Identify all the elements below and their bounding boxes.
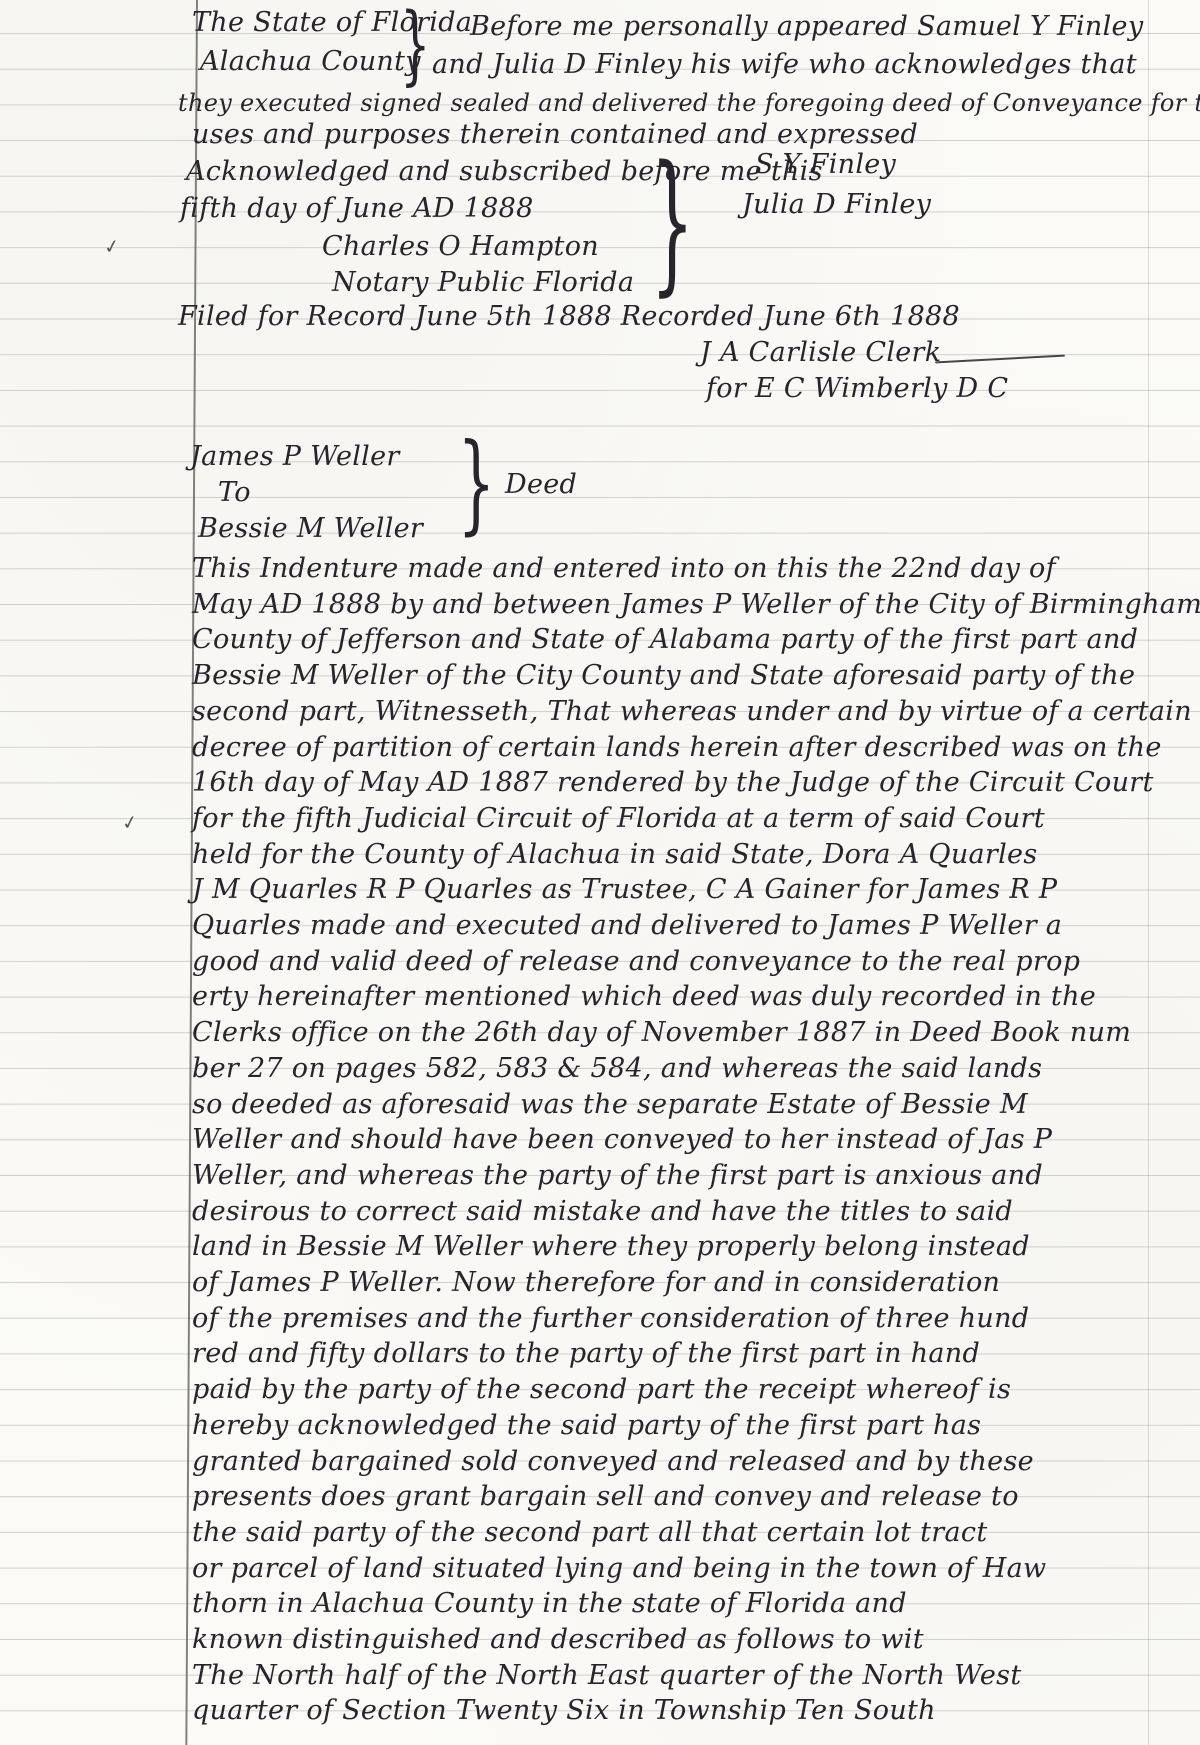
scanned-deed-page: The State of Florida Before me personall…: [0, 0, 1200, 1745]
deed-body-line: The North half of the North East quarter…: [192, 1659, 1021, 1693]
deed-body-line: presents does grant bargain sell and con…: [192, 1480, 1019, 1514]
deed-body-line: the said party of the second part all th…: [192, 1516, 987, 1550]
ack-jurisdiction-state: The State of Florida: [192, 6, 472, 40]
deed-body-line: granted bargained sold conveyed and rele…: [192, 1445, 1034, 1479]
deed-body-line: County of Jefferson and State of Alabama…: [192, 623, 1138, 657]
ack-jurisdiction-county: Alachua County: [200, 45, 421, 79]
caption-grantee: Bessie M Weller: [198, 512, 423, 546]
deed-body-line: 16th day of May AD 1887 rendered by the …: [192, 766, 1154, 800]
deed-body-line: held for the County of Alachua in said S…: [192, 838, 1038, 872]
deed-body-line: so deeded as aforesaid was the separate …: [192, 1088, 1028, 1122]
deed-body-line: Clerks office on the 26th day of Novembe…: [192, 1016, 1131, 1050]
right-page-edge: [1148, 0, 1149, 1745]
deed-body-line: This Indenture made and entered into on …: [192, 552, 1056, 586]
deed-body-line: erty hereinafter mentioned which deed wa…: [192, 980, 1096, 1014]
deed-body-line: Bessie M Weller of the City County and S…: [192, 659, 1135, 693]
ack-subscribed-line: Acknowledged and subscribed before me th…: [186, 155, 823, 189]
caption-to: To: [218, 476, 251, 510]
deed-body-line: decree of partition of certain lands her…: [192, 731, 1162, 765]
signature-julia-finley: Julia D Finley: [742, 188, 931, 222]
ack-execution-line: they executed signed sealed and delivere…: [178, 86, 1200, 120]
deed-body-line: of James P Weller. Now therefore for and…: [192, 1266, 1000, 1300]
deed-body-line: of the premises and the further consider…: [192, 1302, 1029, 1336]
margin-check-mark: ✓: [102, 235, 122, 259]
deed-body-line: desirous to correct said mistake and hav…: [192, 1195, 1013, 1229]
signature-flourish: [935, 355, 1065, 364]
ack-date-line: fifth day of June AD 1888: [180, 192, 534, 226]
deed-body-line: Weller, and whereas the party of the fir…: [192, 1159, 1043, 1193]
ack-wife-line: and Julia D Finley his wife who acknowle…: [432, 48, 1137, 82]
deed-body-line: May AD 1888 by and between James P Welle…: [192, 588, 1200, 622]
deed-body-line: thorn in Alachua County in the state of …: [192, 1587, 907, 1621]
deed-body-line: good and valid deed of release and conve…: [192, 945, 1080, 979]
ack-purposes-line: uses and purposes therein contained and …: [192, 118, 918, 152]
deed-body-line: or parcel of land situated lying and bei…: [192, 1552, 1046, 1586]
notary-name: Charles O Hampton: [322, 230, 599, 264]
deed-body-line: for the fifth Judicial Circuit of Florid…: [192, 802, 1045, 836]
filing-record-line: Filed for Record June 5th 1888 Recorded …: [178, 300, 960, 334]
caption-grantor: James P Weller: [190, 440, 400, 474]
caption-brace: }: [457, 430, 495, 538]
caption-instrument: Deed: [505, 468, 577, 502]
deed-body-line: Weller and should have been conveyed to …: [192, 1123, 1052, 1157]
deed-body-line: quarter of Section Twenty Six in Townshi…: [192, 1694, 936, 1728]
ack-appearance-line: Before me personally appeared Samuel Y F…: [470, 10, 1143, 44]
deed-body-line: red and fifty dollars to the party of th…: [192, 1337, 980, 1371]
deed-body-line: known distinguished and described as fol…: [192, 1623, 924, 1657]
deed-body-line: paid by the party of the second part the…: [192, 1373, 1011, 1407]
deed-body-line: second part, Witnesseth, That whereas un…: [192, 695, 1192, 729]
signature-s-y-finley: S Y Finley: [755, 148, 896, 182]
deed-body-line: ber 27 on pages 582, 583 & 584, and wher…: [192, 1052, 1042, 1086]
deed-body-line: hereby acknowledged the said party of th…: [192, 1409, 981, 1443]
deed-body-line: land in Bessie M Weller where they prope…: [192, 1230, 1030, 1264]
notary-title: Notary Public Florida: [332, 266, 634, 300]
clerk-signature: J A Carlisle Clerk: [700, 336, 941, 370]
deed-body-line: Quarles made and executed and delivered …: [192, 909, 1062, 943]
margin-check-mark: ✓: [120, 811, 140, 835]
deed-body-line: J M Quarles R P Quarles as Trustee, C A …: [192, 873, 1057, 907]
deputy-clerk-line: for E C Wimberly D C: [706, 372, 1008, 406]
